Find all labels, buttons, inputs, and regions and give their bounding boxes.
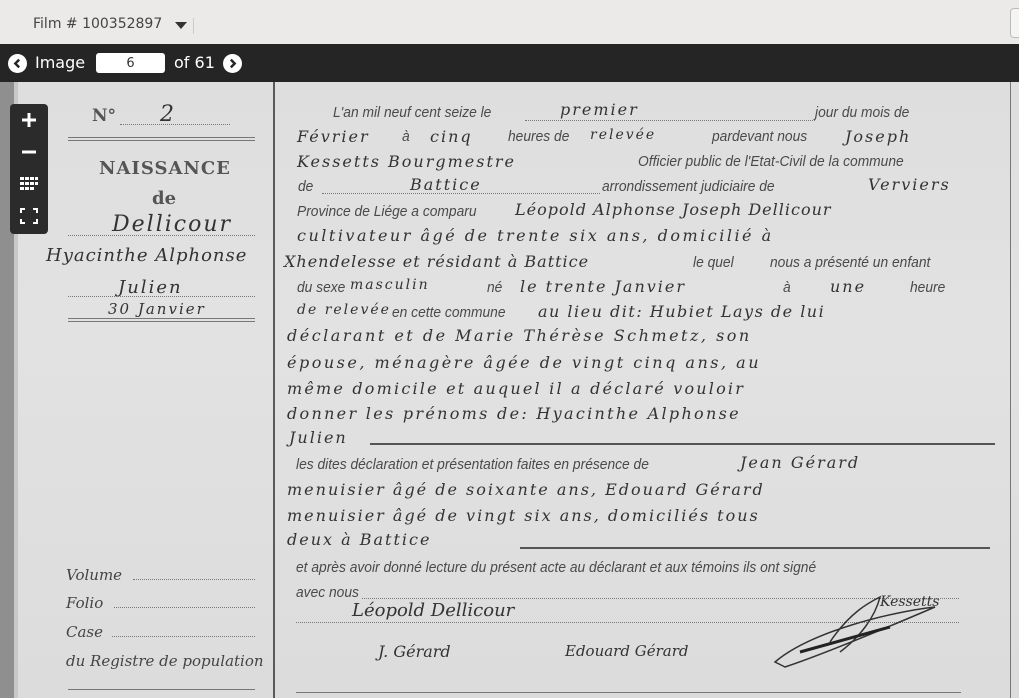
- margin-surname: Dellicour: [112, 212, 232, 237]
- handwritten-text: menuisier âgé de soixante ans, Edouard G…: [287, 480, 765, 499]
- signature: Kessetts: [880, 594, 939, 610]
- film-number-label[interactable]: Film # 100352897: [33, 16, 162, 32]
- margin-divider-line: [273, 82, 275, 698]
- print-text: les dites déclaration et présentation fa…: [296, 456, 649, 473]
- handwritten-text: Kessetts Bourgmestre: [297, 152, 516, 171]
- handwritten-text: menuisier âgé de vingt six ans, domicili…: [287, 506, 760, 525]
- handwritten-text: Xhendelesse et résidant à Battice: [284, 252, 589, 271]
- print-text: heure: [910, 279, 945, 296]
- zoom-out-button[interactable]: [10, 136, 48, 168]
- handwritten-text: Jean Gérard: [740, 453, 860, 472]
- handwritten-text: une: [830, 277, 866, 296]
- margin-given-names-2: Julien: [118, 277, 183, 298]
- print-text: jour du mois de: [815, 104, 909, 121]
- signature: Edouard Gérard: [565, 642, 688, 660]
- handwritten-text: donner les prénoms de: Hyacinthe Alphons…: [287, 404, 741, 423]
- closing-rule: [370, 443, 995, 445]
- handwritten-text: au lieu dit: Hubiet Lays de lui: [538, 302, 825, 321]
- handwritten-text: déclarant et de Marie Thérèse Schmetz, s…: [287, 326, 752, 345]
- previous-image-button[interactable]: [8, 54, 27, 73]
- naissance-heading: NAISSANCE: [99, 158, 231, 179]
- image-navigation-bar: Image of 61: [0, 44, 1019, 82]
- dotted-line: [525, 120, 815, 121]
- handwritten-text: Julien: [289, 428, 348, 447]
- zoom-in-button[interactable]: [10, 104, 48, 136]
- handwritten-text: masculin: [350, 277, 430, 293]
- top-bar: Film # 100352897: [0, 0, 1019, 44]
- print-text: L'an mil neuf cent seize le: [333, 104, 491, 121]
- grid-view-icon: [20, 177, 38, 191]
- divider: [193, 18, 194, 34]
- print-text: nous a présenté un enfant: [770, 254, 930, 271]
- handwritten-text: le trente Janvier: [520, 277, 686, 296]
- handwritten-text: cultivateur âgé de trente six ans, domic…: [297, 226, 774, 245]
- image-viewer[interactable]: N° 2 NAISSANCE de Dellicour Hyacinthe Al…: [0, 82, 1019, 698]
- handwritten-text: cinq: [430, 127, 473, 146]
- print-text: Officier public de l'Etat-Civil de la co…: [638, 153, 904, 170]
- print-text: avec nous: [296, 584, 359, 601]
- handwritten-text: Joseph: [845, 127, 911, 146]
- dotted-line: [114, 607, 255, 608]
- registre-label: du Registre de population: [66, 652, 264, 670]
- minus-icon: [22, 145, 36, 159]
- dotted-line: [68, 296, 255, 297]
- handwritten-text: Léopold Alphonse Joseph Dellicour: [515, 200, 832, 219]
- rule: [296, 692, 961, 693]
- image-number-input[interactable]: [96, 53, 165, 73]
- print-text: Province de Liége a comparu: [297, 203, 477, 220]
- print-text: à: [402, 128, 410, 145]
- rule: [68, 137, 255, 138]
- rule: [68, 321, 255, 322]
- handwritten-text: de relevée: [297, 302, 391, 318]
- margin-given-names: Hyacinthe Alphonse: [46, 245, 247, 266]
- handwritten-text: même domicile et auquel il a déclaré vou…: [287, 379, 745, 398]
- print-text: à: [783, 279, 791, 296]
- print-text: le quel: [693, 254, 734, 271]
- handwritten-text: Battice: [410, 175, 482, 194]
- handwritten-text: relevée: [590, 127, 656, 143]
- rule: [68, 689, 255, 690]
- image-total-label: of 61: [174, 53, 215, 72]
- print-text: heures de: [508, 128, 569, 145]
- handwritten-text: Verviers: [868, 175, 951, 194]
- image-label: Image: [35, 53, 85, 72]
- zoom-controls: [10, 104, 48, 234]
- record-number: 2: [160, 102, 176, 127]
- page-right-edge: [1010, 82, 1011, 698]
- rule: [68, 140, 255, 141]
- handwritten-text: épouse, ménagère âgée de vingt cinq ans,…: [287, 353, 761, 372]
- search-box-edge[interactable]: [1010, 8, 1019, 38]
- caret-down-icon[interactable]: [175, 22, 187, 29]
- dotted-line: [68, 235, 255, 236]
- number-label: N°: [92, 106, 116, 126]
- handwritten-text: deux à Battice: [287, 530, 431, 549]
- chevron-left-icon: [12, 58, 23, 69]
- case-label: Case: [66, 623, 103, 641]
- print-text: du sexe: [297, 279, 345, 296]
- print-text: arrondissement judiciaire de: [602, 178, 775, 195]
- print-text: né: [487, 279, 502, 296]
- signature: J. Gérard: [378, 642, 451, 661]
- grid-view-button[interactable]: [10, 168, 48, 200]
- handwritten-text: Février: [297, 127, 370, 146]
- print-text: en cette commune: [392, 304, 506, 321]
- print-text: et après avoir donné lecture du présent …: [296, 559, 816, 576]
- dotted-line: [133, 579, 255, 580]
- margin-date: 30 Janvier: [108, 300, 206, 318]
- fullscreen-button[interactable]: [10, 200, 48, 232]
- signature: Léopold Dellicour: [352, 600, 514, 621]
- volume-label: Volume: [66, 566, 122, 584]
- plus-icon: [22, 113, 36, 127]
- closing-rule: [520, 547, 990, 549]
- print-text: pardevant nous: [712, 128, 807, 145]
- next-image-button[interactable]: [223, 54, 242, 73]
- naissance-de: de: [152, 188, 176, 209]
- rule: [68, 318, 255, 319]
- handwritten-text: premier: [560, 100, 639, 119]
- chevron-right-icon: [227, 58, 238, 69]
- folio-label: Folio: [66, 594, 103, 612]
- dotted-line: [112, 636, 255, 637]
- fullscreen-icon: [20, 208, 38, 224]
- print-text: de: [298, 178, 313, 195]
